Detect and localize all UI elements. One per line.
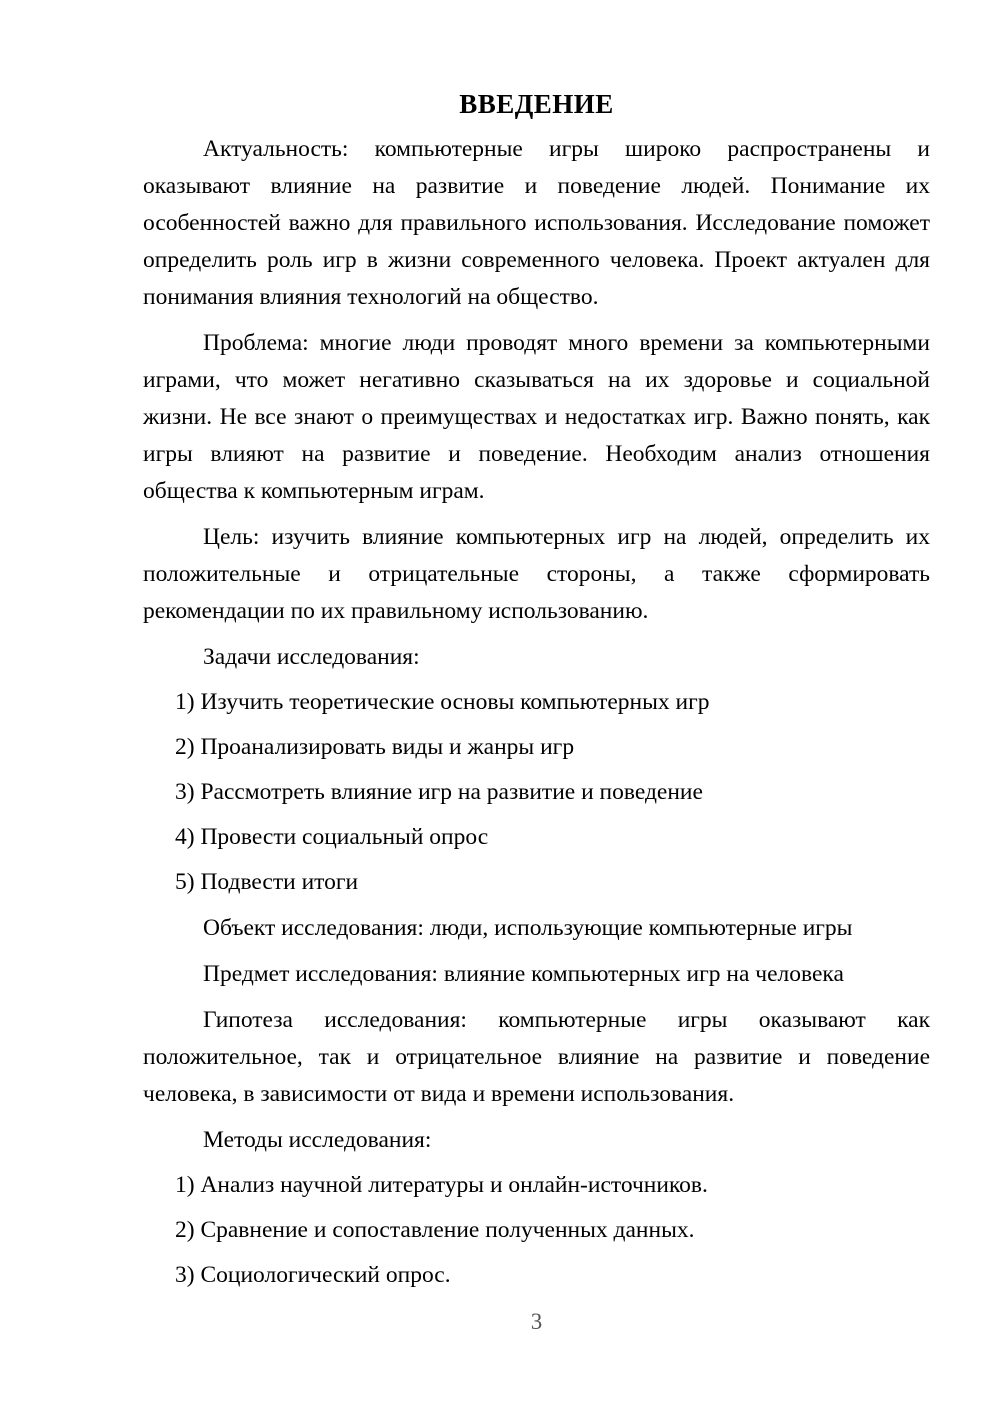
methods-label: Методы исследования: [143, 1122, 930, 1159]
paragraph-hypothesis: Гипотеза исследования: компьютерные игры… [143, 1002, 930, 1113]
paragraph-subject: Предмет исследования: влияние компьютерн… [143, 956, 930, 993]
task-item-1: 1) Изучить теоретические основы компьюте… [175, 684, 930, 721]
section-heading: ВВЕДЕНИЕ [143, 84, 930, 124]
paragraph-relevance: Актуальность: компьютерные игры широко р… [143, 131, 930, 316]
task-item-2: 2) Проанализировать виды и жанры игр [175, 729, 930, 766]
page-number: 3 [143, 1303, 930, 1340]
method-item-2: 2) Сравнение и сопоставление полученных … [175, 1212, 930, 1249]
paragraph-goal: Цель: изучить влияние компьютерных игр н… [143, 519, 930, 630]
method-item-3: 3) Социологический опрос. [175, 1257, 930, 1294]
document-page: ВВЕДЕНИЕ Актуальность: компьютерные игры… [0, 0, 1000, 1414]
tasks-label: Задачи исследования: [143, 639, 930, 676]
task-item-5: 5) Подвести итоги [175, 864, 930, 901]
paragraph-object: Объект исследования: люди, использующие … [143, 910, 930, 947]
task-item-4: 4) Провести социальный опрос [175, 819, 930, 856]
method-item-1: 1) Анализ научной литературы и онлайн-ис… [175, 1167, 930, 1204]
paragraph-problem: Проблема: многие люди проводят много вре… [143, 325, 930, 510]
task-item-3: 3) Рассмотреть влияние игр на развитие и… [175, 774, 930, 811]
